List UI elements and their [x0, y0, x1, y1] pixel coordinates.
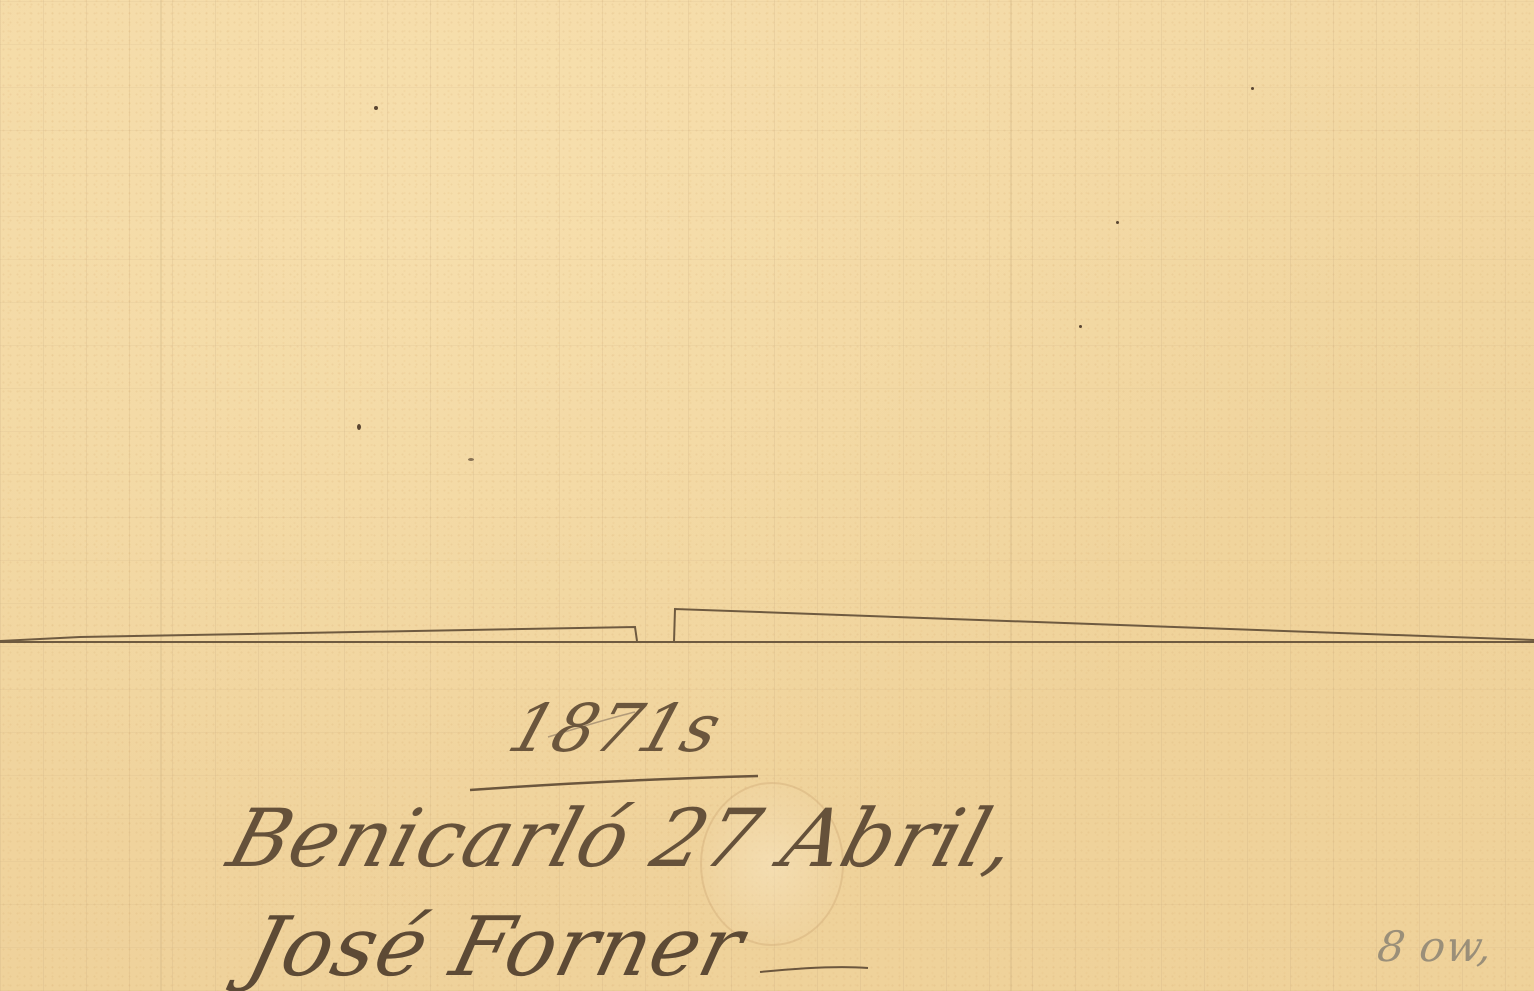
- ink-speck: [1251, 87, 1254, 90]
- ink-speck: [1079, 325, 1082, 328]
- year-heading: 1871s: [499, 690, 731, 767]
- ink-speck: [357, 424, 361, 430]
- fold-line: [160, 0, 162, 991]
- place-date-line: Benicarló 27 Abril,: [219, 792, 1029, 885]
- ink-speck: [468, 458, 474, 461]
- ink-speck: [374, 106, 378, 110]
- pencil-annotation: 8 ow,: [1375, 922, 1497, 971]
- ink-speck: [1116, 221, 1119, 224]
- signature: José Forner: [238, 900, 753, 991]
